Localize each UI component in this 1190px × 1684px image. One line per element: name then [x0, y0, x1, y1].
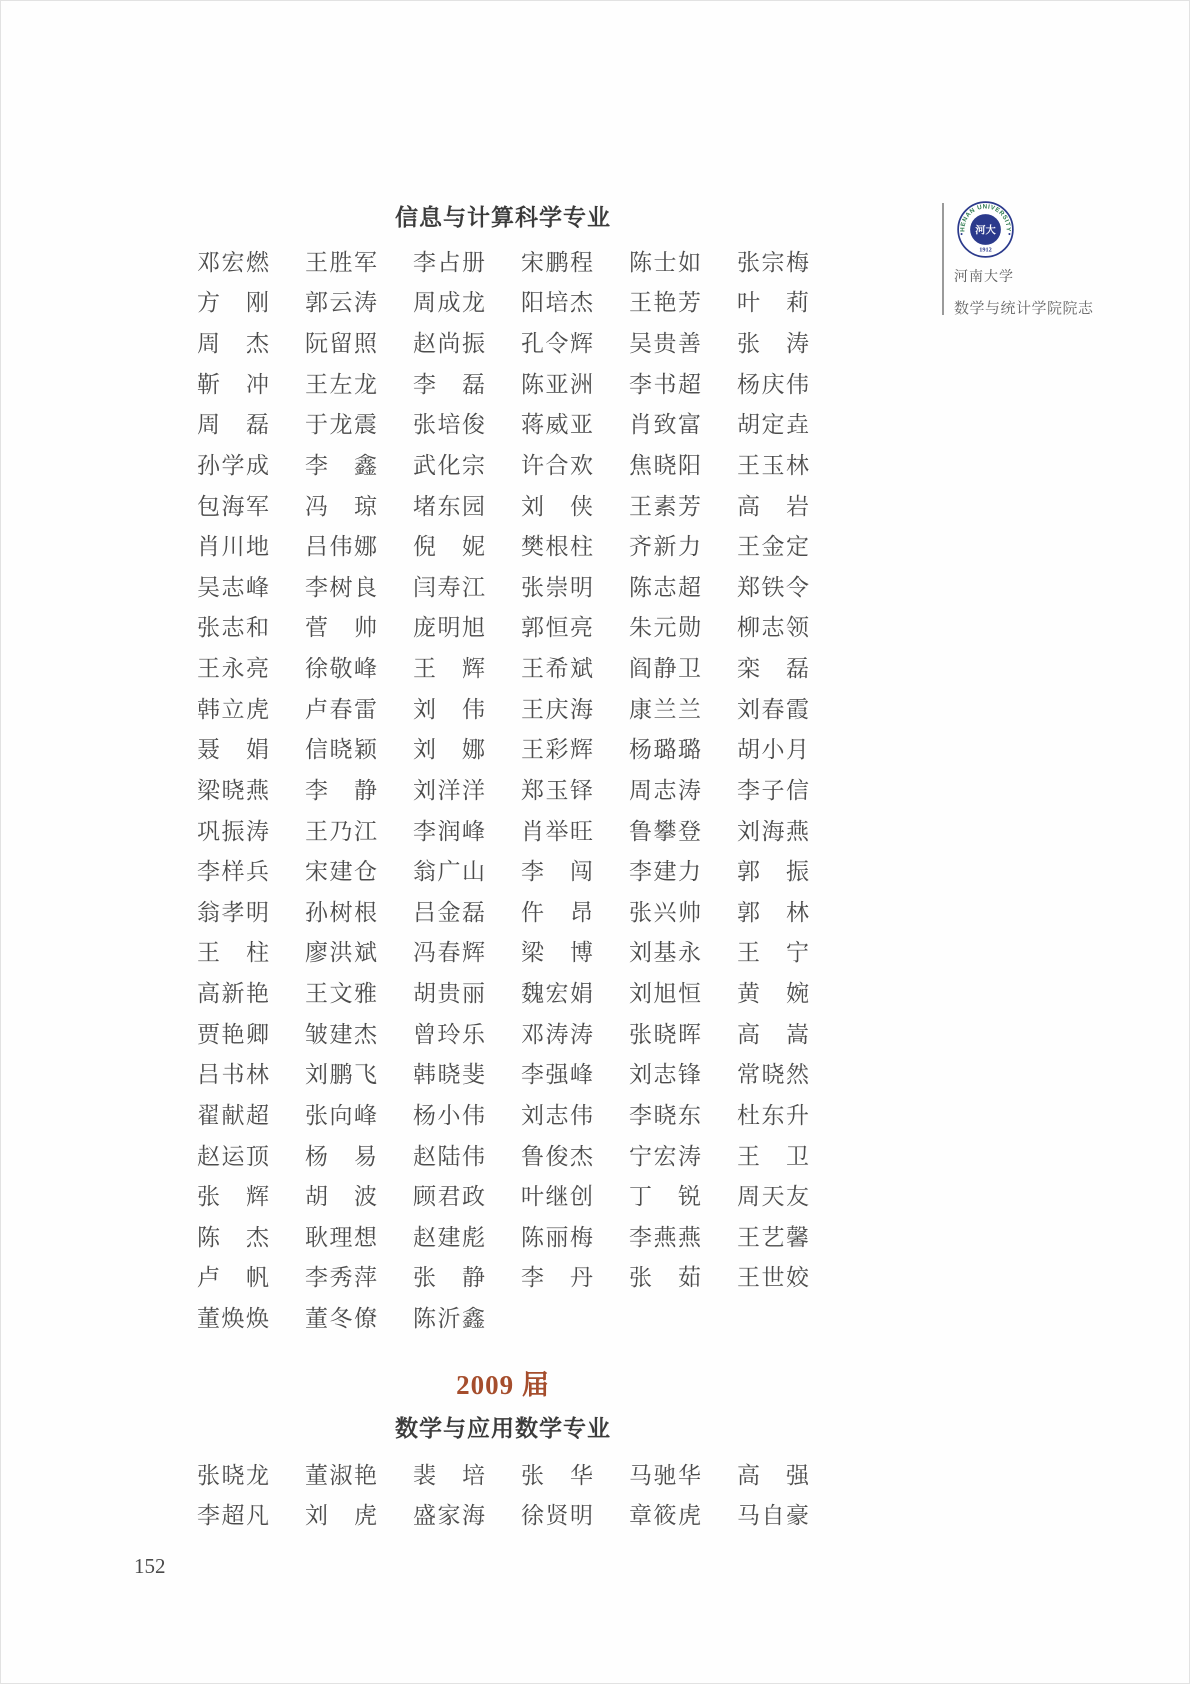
student-name: 张茹: [629, 1256, 701, 1297]
student-name: 刘娜: [413, 728, 485, 769]
student-name: 廖洪斌: [305, 931, 377, 972]
student-name: 方刚: [197, 281, 269, 322]
student-name: 杨小伟: [413, 1093, 485, 1134]
student-name: 王柱: [197, 931, 269, 972]
student-name: 杨易: [305, 1134, 377, 1175]
student-name: 周磊: [197, 403, 269, 444]
student-name: 陈志超: [629, 565, 701, 606]
student-name: 肖致富: [629, 403, 701, 444]
student-name: 张涛: [737, 321, 809, 362]
student-name: 刘洋洋: [413, 768, 485, 809]
student-name: 郑玉铎: [521, 768, 593, 809]
student-name: 马驰华: [629, 1454, 701, 1494]
student-name: 刘鹏飞: [305, 1053, 377, 1094]
student-name: 常晓然: [737, 1053, 809, 1094]
student-name: 徐敬峰: [305, 646, 377, 687]
student-name: 王玉林: [737, 443, 809, 484]
student-name: 鲁俊杰: [521, 1134, 593, 1175]
student-name: 阮留照: [305, 321, 377, 362]
student-name: 柳志领: [737, 606, 809, 647]
student-name: 康兰兰: [629, 687, 701, 728]
student-name: 李润峰: [413, 809, 485, 850]
student-name: 冯春辉: [413, 931, 485, 972]
student-name: 李书超: [629, 362, 701, 403]
student-name: 张培俊: [413, 403, 485, 444]
student-name: 张兴帅: [629, 890, 701, 931]
student-name: 肖川地: [197, 524, 269, 565]
student-name: 吕书林: [197, 1053, 269, 1094]
student-name: 肖举旺: [521, 809, 593, 850]
student-name: 刘旭恒: [629, 971, 701, 1012]
student-name: 吴志峰: [197, 565, 269, 606]
student-name: 李强峰: [521, 1053, 593, 1094]
student-name: 吕金磊: [413, 890, 485, 931]
student-name: 刘基永: [629, 931, 701, 972]
student-name: 王左龙: [305, 362, 377, 403]
student-name: 韩立虎: [197, 687, 269, 728]
student-name: 靳冲: [197, 362, 269, 403]
student-name: 卢帆: [197, 1256, 269, 1297]
student-name: 李秀萍: [305, 1256, 377, 1297]
student-name: 王庆海: [521, 687, 593, 728]
student-name: 张辉: [197, 1174, 269, 1215]
student-name: 阳培杰: [521, 281, 593, 322]
student-name: 齐新力: [629, 524, 701, 565]
student-name: 吕伟娜: [305, 524, 377, 565]
student-name: 宁宏涛: [629, 1134, 701, 1175]
student-name: 李子信: [737, 768, 809, 809]
student-name: 曾玲乐: [413, 1012, 485, 1053]
student-name: 韩晓斐: [413, 1053, 485, 1094]
student-name: 张宗梅: [737, 240, 809, 281]
student-name: 闫寿江: [413, 565, 485, 606]
student-name: 李样兵: [197, 849, 269, 890]
student-name: 卢春雷: [305, 687, 377, 728]
student-name: 周杰: [197, 321, 269, 362]
sidebar-book-title: 数学与统计学院院志: [954, 297, 1094, 318]
student-name: 李树良: [305, 565, 377, 606]
student-name: 焦晓阳: [629, 443, 701, 484]
student-name: 魏宏娟: [521, 971, 593, 1012]
student-name: 李静: [305, 768, 377, 809]
student-name: 叶继创: [521, 1174, 593, 1215]
student-name: 信晓颖: [305, 728, 377, 769]
student-name: 董淑艳: [305, 1454, 377, 1494]
section1-name-grid: 邓宏燃王胜军李占册宋鹏程陈士如张宗梅方刚郭云涛周成龙阳培杰王艳芳叶莉周杰阮留照赵…: [197, 240, 809, 1337]
student-name: 耿理想: [305, 1215, 377, 1256]
student-name: 庞明旭: [413, 606, 485, 647]
student-name: 蒋威亚: [521, 403, 593, 444]
student-name: 王胜军: [305, 240, 377, 281]
student-name: 王宁: [737, 931, 809, 972]
student-name: 巩振涛: [197, 809, 269, 850]
student-name: 张晓晖: [629, 1012, 701, 1053]
section1-heading: 信息与计算科学专业: [197, 199, 809, 232]
student-name: 王彩辉: [521, 728, 593, 769]
student-name: 王素芳: [629, 484, 701, 525]
student-name: 杨璐璐: [629, 728, 701, 769]
student-name: 董冬僚: [305, 1296, 377, 1337]
student-name: 黄婉: [737, 971, 809, 1012]
student-name: 倪妮: [413, 524, 485, 565]
student-name: 郭恒亮: [521, 606, 593, 647]
student-name: 邓涛涛: [521, 1012, 593, 1053]
student-name: 张向峰: [305, 1093, 377, 1134]
student-name: 李建力: [629, 849, 701, 890]
student-name: 聂娟: [197, 728, 269, 769]
student-name: 周志涛: [629, 768, 701, 809]
student-name: 杨庆伟: [737, 362, 809, 403]
student-name: 刘志伟: [521, 1093, 593, 1134]
student-name: 陈丽梅: [521, 1215, 593, 1256]
student-name: 胡小月: [737, 728, 809, 769]
student-name: 鲁攀登: [629, 809, 701, 850]
student-name: 刘春霞: [737, 687, 809, 728]
student-name: 陈士如: [629, 240, 701, 281]
student-name: 张静: [413, 1256, 485, 1297]
student-name: 高岩: [737, 484, 809, 525]
student-name: 栾磊: [737, 646, 809, 687]
student-name: 赵陆伟: [413, 1134, 485, 1175]
henan-university-logo-icon: HENAN UNIVERSITY 河大 1912: [957, 201, 1014, 258]
student-name: 武化宗: [413, 443, 485, 484]
student-name: 胡波: [305, 1174, 377, 1215]
student-name: 赵尚振: [413, 321, 485, 362]
student-name: 王卫: [737, 1134, 809, 1175]
student-name: 张华: [521, 1454, 593, 1494]
student-name: 孙学成: [197, 443, 269, 484]
sidebar-divider-rule: [942, 203, 944, 315]
student-name: 梁晓燕: [197, 768, 269, 809]
student-name: 王世姣: [737, 1256, 809, 1297]
student-name: 李鑫: [305, 443, 377, 484]
student-name: 郑铁令: [737, 565, 809, 606]
student-name: 李闯: [521, 849, 593, 890]
student-name: 翟献超: [197, 1093, 269, 1134]
student-name: 贾艳卿: [197, 1012, 269, 1053]
student-name: 郭林: [737, 890, 809, 931]
student-name: 徐贤明: [521, 1494, 593, 1534]
student-name: 菅帅: [305, 606, 377, 647]
student-name: 丁锐: [629, 1174, 701, 1215]
student-name: 高嵩: [737, 1012, 809, 1053]
student-name: 孔令辉: [521, 321, 593, 362]
student-name: 盛家海: [413, 1494, 485, 1534]
student-name: 吴贵善: [629, 321, 701, 362]
student-name: 高强: [737, 1454, 809, 1494]
student-name: 郭振: [737, 849, 809, 890]
student-name: 翁广山: [413, 849, 485, 890]
student-name: 刘伟: [413, 687, 485, 728]
student-name: 张志和: [197, 606, 269, 647]
student-name: 顾君政: [413, 1174, 485, 1215]
student-name: 赵建彪: [413, 1215, 485, 1256]
student-name: 叶莉: [737, 281, 809, 322]
document-page: 信息与计算科学专业 邓宏燃王胜军李占册宋鹏程陈士如张宗梅方刚郭云涛周成龙阳培杰王…: [0, 0, 1190, 1684]
student-name: 胡贵丽: [413, 971, 485, 1012]
student-name: 刘志锋: [629, 1053, 701, 1094]
student-name: 王希斌: [521, 646, 593, 687]
student-name: 王永亮: [197, 646, 269, 687]
student-name: 翁孝明: [197, 890, 269, 931]
student-name: 李晓东: [629, 1093, 701, 1134]
student-name: 董焕焕: [197, 1296, 269, 1337]
student-name: 刘侠: [521, 484, 593, 525]
student-name: 梁博: [521, 931, 593, 972]
student-name: 王艺馨: [737, 1215, 809, 1256]
student-name: 邓宏燃: [197, 240, 269, 281]
student-name: 李磊: [413, 362, 485, 403]
student-name: 章筱虎: [629, 1494, 701, 1534]
student-name: 宋鹏程: [521, 240, 593, 281]
student-name: 于龙震: [305, 403, 377, 444]
student-name: 刘海燕: [737, 809, 809, 850]
student-name: 王文雅: [305, 971, 377, 1012]
student-name: 赵运顶: [197, 1134, 269, 1175]
student-name: 刘虎: [305, 1494, 377, 1534]
student-name: 王辉: [413, 646, 485, 687]
student-name: 杜东升: [737, 1093, 809, 1134]
student-name: 李燕燕: [629, 1215, 701, 1256]
section2-heading: 数学与应用数学专业: [197, 1410, 809, 1443]
student-name: 李占册: [413, 240, 485, 281]
student-name: 王乃江: [305, 809, 377, 850]
student-name: 陈亚洲: [521, 362, 593, 403]
student-name: 郭云涛: [305, 281, 377, 322]
student-name: 胡定垚: [737, 403, 809, 444]
student-name: 孙树根: [305, 890, 377, 931]
student-name: 李丹: [521, 1256, 593, 1297]
student-name: 陈沂鑫: [413, 1296, 485, 1337]
student-name: 宋建仓: [305, 849, 377, 890]
student-name: 裴培: [413, 1454, 485, 1494]
student-name: 王艳芳: [629, 281, 701, 322]
student-name: 周天友: [737, 1174, 809, 1215]
student-name: 张崇明: [521, 565, 593, 606]
student-name: 樊根柱: [521, 524, 593, 565]
student-name: 阎静卫: [629, 646, 701, 687]
student-name: 周成龙: [413, 281, 485, 322]
student-name: 陈杰: [197, 1215, 269, 1256]
student-name: 高新艳: [197, 971, 269, 1012]
student-name: 马自豪: [737, 1494, 809, 1534]
student-name: 仵昂: [521, 890, 593, 931]
student-name: 包海军: [197, 484, 269, 525]
student-name: 冯琼: [305, 484, 377, 525]
logo-year-text: 1912: [979, 247, 992, 254]
logo-center-text: 河大: [975, 223, 996, 236]
student-name: 张晓龙: [197, 1454, 269, 1494]
student-name: 皱建杰: [305, 1012, 377, 1053]
sidebar-university-name: 河南大学: [954, 266, 1014, 286]
year-heading: 2009 届: [197, 1363, 809, 1402]
student-name: 李超凡: [197, 1494, 269, 1534]
student-name: 堵东园: [413, 484, 485, 525]
student-name: 王金定: [737, 524, 809, 565]
student-name: 许合欢: [521, 443, 593, 484]
student-name: 朱元勋: [629, 606, 701, 647]
page-number: 152: [134, 1554, 166, 1579]
section2-name-grid: 张晓龙董淑艳裴培张华马驰华高强李超凡刘虎盛家海徐贤明章筱虎马自豪: [197, 1454, 809, 1533]
